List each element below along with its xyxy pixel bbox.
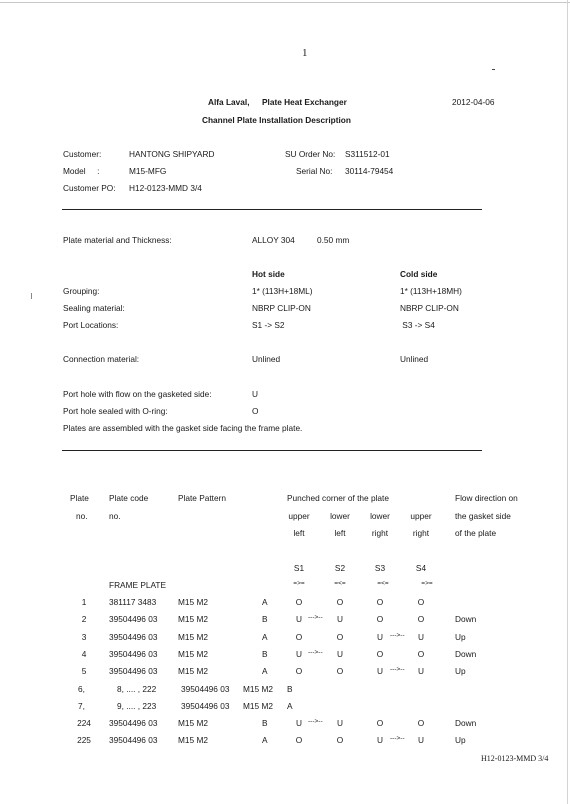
corner-s1: O	[286, 666, 312, 676]
frame-plate-s1: =>=	[286, 580, 312, 587]
col-header-plate: Plate	[70, 493, 89, 503]
divider	[62, 450, 482, 451]
corner-s1: O	[286, 735, 312, 745]
customer-po-value: H12-0123-MMD 3/4	[129, 183, 202, 193]
col-header-plate-code-no: no.	[109, 511, 121, 521]
corner-s3: O	[367, 718, 393, 728]
plate-type: B	[262, 649, 268, 659]
connector-s3-s4: --->--	[390, 666, 405, 673]
plate-number: 4	[74, 649, 94, 659]
corner-s4: O	[408, 597, 434, 607]
plate-pattern: M15 M2	[178, 666, 208, 676]
scan-mark	[492, 69, 495, 70]
corner-s1: O	[286, 632, 312, 642]
corner-s2: U	[327, 649, 353, 659]
su-order-value: S311512-01	[345, 149, 390, 159]
hot-side-header: Hot side	[252, 269, 285, 279]
col-header-lower-left-2: left	[327, 528, 353, 538]
plate-pattern: M15 M2	[243, 701, 273, 711]
plate-pattern: M15 M2	[178, 735, 208, 745]
col-header-flow-3: of the plate	[455, 528, 496, 538]
plate-code: 39504496 03	[109, 614, 157, 624]
plate-number-range: 6,	[78, 684, 85, 694]
corner-s4: U	[408, 666, 434, 676]
plate-range: 9, .... , 223	[117, 701, 156, 711]
col-header-lower-right-2: right	[367, 528, 393, 538]
frame-plate-s2: =<=	[327, 580, 353, 587]
col-header-upper-right-1: upper	[408, 511, 434, 521]
plate-code: 381117 3483	[109, 597, 156, 607]
connector-s1-s2: --->--	[308, 649, 323, 656]
customer-label: Customer:	[63, 149, 101, 159]
col-header-s2: S2	[327, 563, 353, 573]
su-order-label: SU Order No:	[285, 149, 335, 159]
frame-plate-s3: =<=	[370, 580, 396, 587]
plate-type: A	[262, 597, 268, 607]
connector-s3-s4: --->--	[390, 632, 405, 639]
plate-number: 224	[74, 718, 94, 728]
corner-s4: U	[408, 735, 434, 745]
plate-pattern: M15 M2	[178, 614, 208, 624]
col-header-flow-1: Flow direction on	[455, 493, 518, 503]
customer-po-label: Customer PO:	[63, 183, 116, 193]
col-header-upper-left-2: left	[286, 528, 312, 538]
plate-type: A	[262, 666, 268, 676]
col-header-lower-right-1: lower	[367, 511, 393, 521]
corner-s2: U	[327, 614, 353, 624]
plate-number-range: 7,	[78, 701, 85, 711]
plate-type: A	[262, 735, 268, 745]
port-flow-value: U	[252, 389, 258, 399]
corner-s2: O	[327, 597, 353, 607]
serial-label: Serial No:	[296, 166, 332, 176]
plate-type: B	[262, 614, 268, 624]
port-locations-label: Port Locations:	[63, 320, 118, 330]
company-name: Alfa Laval,	[208, 97, 250, 107]
col-header-upper-right-2: right	[408, 528, 434, 538]
col-header-upper-left-1: upper	[286, 511, 312, 521]
plate-pattern: M15 M2	[243, 684, 273, 694]
plate-number: 2	[74, 614, 94, 624]
col-header-plate-code: Plate code	[109, 493, 148, 503]
grouping-hot: 1* (113H+18ML)	[252, 286, 313, 296]
divider	[62, 209, 482, 210]
connector-s3-s4: --->--	[390, 735, 405, 742]
plate-code: 39504496 03	[109, 632, 157, 642]
col-header-s3: S3	[367, 563, 393, 573]
scan-mark-left	[31, 293, 32, 299]
plate-type: B	[287, 684, 293, 694]
corner-s2: O	[327, 666, 353, 676]
port-locations-hot: S1 -> S2	[252, 320, 285, 330]
document-title: Channel Plate Installation Description	[202, 115, 351, 125]
plate-number: 5	[74, 666, 94, 676]
corner-s3: O	[367, 597, 393, 607]
grouping-label: Grouping:	[63, 286, 99, 296]
plate-range: 8, .... , 222	[117, 684, 156, 694]
corner-s1: O	[286, 597, 312, 607]
flow-direction: Up	[455, 666, 466, 676]
model-value: M15-MFG	[129, 166, 166, 176]
serial-value: 30114-79454	[345, 166, 393, 176]
connector-s1-s2: --->--	[308, 614, 323, 621]
footer-reference: H12-0123-MMD 3/4	[481, 754, 548, 763]
col-header-s1: S1	[286, 563, 312, 573]
plate-code: 39504496 03	[181, 701, 229, 711]
corner-s4: U	[408, 632, 434, 642]
col-header-s4: S4	[408, 563, 434, 573]
flow-direction: Up	[455, 735, 466, 745]
col-header-lower-left-1: lower	[327, 511, 353, 521]
document-product: Plate Heat Exchanger	[262, 97, 347, 107]
plate-pattern: M15 M2	[178, 718, 208, 728]
plate-pattern: M15 M2	[178, 597, 208, 607]
plate-code: 39504496 03	[181, 684, 229, 694]
frame-plate-label: FRAME PLATE	[109, 580, 166, 590]
plate-code: 39504496 03	[109, 649, 157, 659]
model-label: Model :	[63, 166, 99, 176]
grouping-cold: 1* (113H+18MH)	[400, 286, 462, 296]
plate-type: B	[262, 718, 268, 728]
page-border-right	[567, 0, 568, 804]
corner-s2: U	[327, 718, 353, 728]
connection-hot: Unlined	[252, 354, 280, 364]
plate-type: A	[262, 632, 268, 642]
col-header-plate-pattern: Plate Pattern	[178, 493, 226, 503]
connection-cold: Unlined	[400, 354, 428, 364]
plate-number: 225	[74, 735, 94, 745]
assembly-note: Plates are assembled with the gasket sid…	[63, 423, 302, 433]
port-flow-label: Port hole with flow on the gasketed side…	[63, 389, 212, 399]
corner-s4: O	[408, 614, 434, 624]
flow-direction: Up	[455, 632, 466, 642]
cold-side-header: Cold side	[400, 269, 437, 279]
plate-code: 39504496 03	[109, 718, 157, 728]
flow-direction: Down	[455, 649, 476, 659]
customer-value: HANTONG SHIPYARD	[129, 149, 214, 159]
plate-pattern: M15 M2	[178, 632, 208, 642]
plate-number: 1	[74, 597, 94, 607]
sealing-hot: NBRP CLIP-ON	[252, 303, 311, 313]
port-sealed-label: Port hole sealed with O-ring:	[63, 406, 168, 416]
sealing-label: Sealing material:	[63, 303, 125, 313]
connector-s1-s2: --->--	[308, 718, 323, 725]
plate-number: 3	[74, 632, 94, 642]
page-border-top	[0, 2, 570, 3]
corner-s4: O	[408, 718, 434, 728]
connection-label: Connection material:	[63, 354, 139, 364]
sealing-cold: NBRP CLIP-ON	[400, 303, 459, 313]
plate-pattern: M15 M2	[178, 649, 208, 659]
plate-code: 39504496 03	[109, 666, 157, 676]
plate-material-value: ALLOY 304	[252, 235, 295, 245]
plate-code: 39504496 03	[109, 735, 157, 745]
corner-s2: O	[327, 735, 353, 745]
page-number: 1	[302, 47, 308, 59]
corner-s3: O	[367, 614, 393, 624]
flow-direction: Down	[455, 718, 476, 728]
col-header-flow-2: the gasket side	[455, 511, 511, 521]
port-sealed-value: O	[252, 406, 258, 416]
col-header-punched-corner: Punched corner of the plate	[287, 493, 389, 503]
col-header-plate-no: no.	[76, 511, 88, 521]
document-date: 2012-04-06	[452, 97, 494, 107]
corner-s4: O	[408, 649, 434, 659]
frame-plate-s4: =>=	[414, 580, 440, 587]
port-locations-cold: S3 -> S4	[400, 320, 435, 330]
flow-direction: Down	[455, 614, 476, 624]
plate-type: A	[287, 701, 293, 711]
corner-s2: O	[327, 632, 353, 642]
plate-material-label: Plate material and Thickness:	[63, 235, 172, 245]
corner-s3: O	[367, 649, 393, 659]
plate-thickness-value: 0.50 mm	[317, 235, 349, 245]
